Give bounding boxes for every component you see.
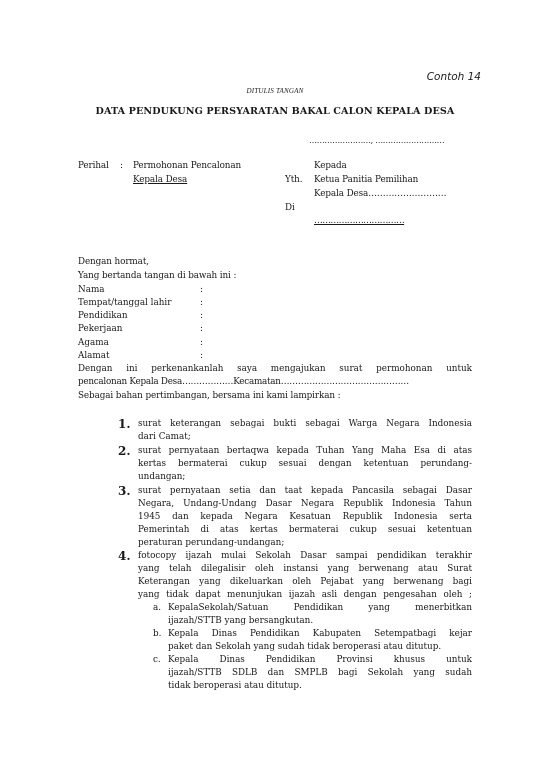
intro-line: Yang bertanda tangan di bawah ini : [78,270,236,284]
attachment-line: dari Camat; [138,431,191,445]
attachment-line: Pemerintah di atas kertas bermaterai cuk… [138,524,472,538]
greeting: Dengan hormat, [78,256,149,270]
attachment-line: fotocopy ijazah mulai Sekolah Dasar samp… [138,550,472,564]
field-colon: : [200,351,203,361]
attachment-line: Negara, Undang-Undang Dasar Negara Repub… [138,498,472,512]
attachment-line: Keterangan yang dikeluarkan oleh Pejabat… [138,576,472,590]
field-pendidikan: Pendidikan: [78,310,203,324]
field-pekerjaan: Pekerjaan: [78,323,203,337]
field-alamat: Alamat: [78,350,203,364]
attachment-line: surat pernyataan setia dan taat kepada P… [138,485,472,499]
attachment-line: yang tidak dapat menunjukan ijazah asli … [138,589,472,603]
field-label: Alamat [78,350,200,364]
sub-item-line: ijazah/STTB yang bersangkutan. [168,615,313,629]
request-line-1: Dengan ini perkenankanlah saya mengajuka… [78,363,472,377]
recipient-yth: Yth. [285,174,302,188]
request-line-2: pencalonan Kepala Desa………………Kecamatan………… [78,376,409,390]
recipient-line-2: Kepala Desa……………………… [314,188,446,202]
document-title: DATA PENDUKUNG PERSYARATAN BAKAL CALON K… [0,106,550,117]
recipient-line-1: Ketua Panitia Pemilihan [314,174,418,188]
recipient-place: …………………………… [314,215,404,229]
subject-label: Perihal [78,160,109,174]
field-nama: Nama: [78,284,203,298]
sub-item-letter: c. [153,654,161,668]
subject-line-1: Permohonan Pencalonan [133,160,241,174]
field-colon: : [200,324,203,334]
attachment-line: surat keterangan sebagai bukti sebagai W… [138,418,472,432]
sub-item-line: Kepala Dinas Pendidikan Provinsi khusus … [168,654,472,668]
attachment-number: 4. [118,550,131,564]
recipient-kepada: Kepada [314,160,347,174]
field-agama: Agama: [78,337,203,351]
attachments-intro: Sebagai bahan pertimbangan, bersama ini … [78,390,341,404]
attachment-line: yang telah dilegalisir oleh instansi yan… [138,563,472,577]
field-label: Agama [78,337,200,351]
field-label: Pendidikan [78,310,200,324]
field-colon: : [200,298,203,308]
field-colon: : [200,338,203,348]
field-colon: : [200,285,203,295]
field-colon: : [200,311,203,321]
attachment-line: peraturan perundang-undangan; [138,537,284,551]
field-label: Tempat/tanggal lahir [78,297,200,311]
attachment-line: 1945 dan kepada Negara Kesatuan Republik… [138,511,472,525]
attachment-line: kertas bermaterai cukup sesuai dengan ke… [138,458,472,472]
recipient-di: Di [285,202,295,216]
attachment-number: 2. [118,445,131,459]
sub-item-line: KepalaSekolah/Satuan Pendidikan yang men… [168,602,472,616]
sub-item-letter: a. [153,602,161,616]
attachment-line: undangan; [138,471,185,485]
sub-item-line: Kepala Dinas Pendidikan Kabupaten Setemp… [168,628,472,642]
attachment-line: surat pernyataan bertaqwa kepada Tuhan Y… [138,445,472,459]
field-label: Pekerjaan [78,323,200,337]
example-label: Contoh 14 [0,71,481,83]
handwritten-note: DITULIS TANGAN [0,87,550,95]
sub-item-line: tidak beroperasi atau ditutup. [168,680,302,694]
attachment-number: 3. [118,485,131,499]
field-tempat-tanggal-lahir: Tempat/tanggal lahir: [78,297,203,311]
sub-item-line: ijazah/STTB SDLB dan SMPLB bagi Sekolah … [168,667,472,681]
subject-colon: : [120,160,123,174]
attachment-number: 1. [118,418,131,432]
sub-item-line: paket dan Sekolah yang sudah tidak berop… [168,641,441,655]
sub-item-letter: b. [153,628,161,642]
field-label: Nama [78,284,200,298]
subject-line-2: Kepala Desa [133,174,187,188]
place-date-line: ……………………, ……………………… [309,136,444,145]
